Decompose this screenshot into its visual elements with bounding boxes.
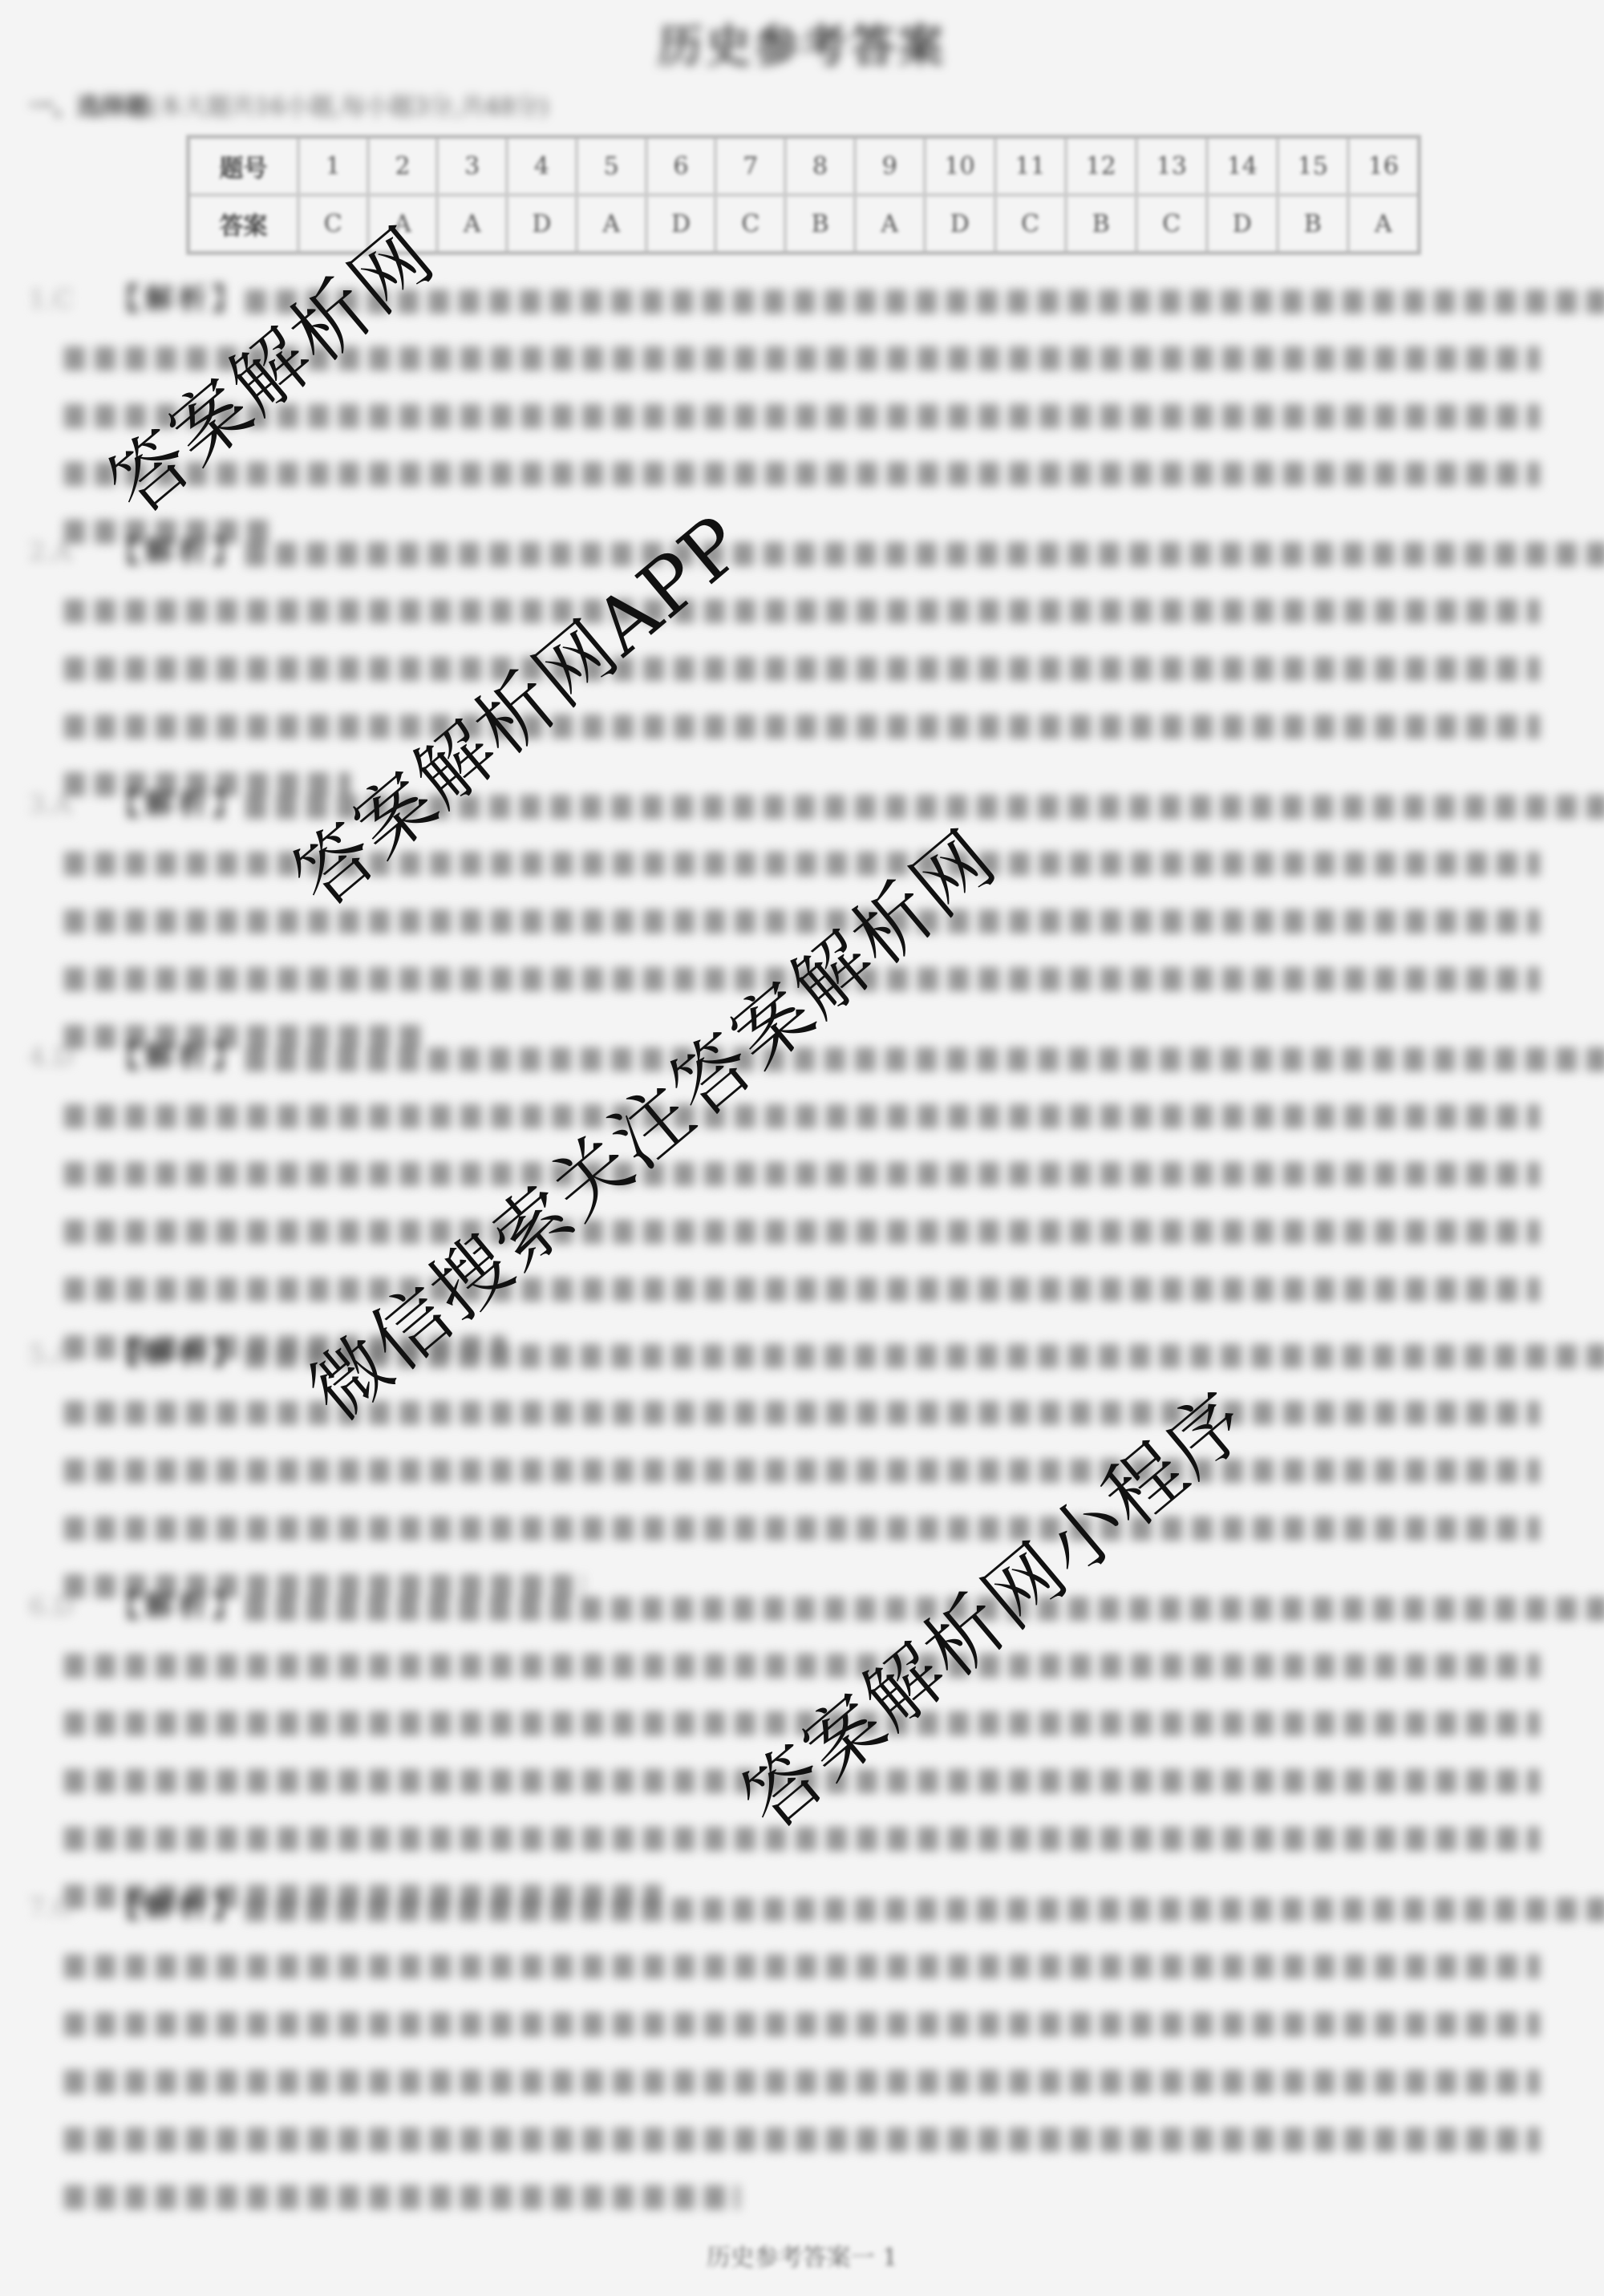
analysis-tag: 【解析】: [111, 1337, 245, 1371]
explanation-line: 【解析】: [111, 533, 1604, 570]
analysis-tag: 【解析】: [111, 788, 245, 821]
explanation-line: 【解析】: [111, 1588, 1604, 1625]
analysis-tag: 【解析】: [111, 282, 245, 316]
explanation-line: [64, 649, 1540, 686]
explanation-line: [64, 591, 1540, 628]
explanation-line: [64, 1096, 1540, 1133]
explanation-line: [64, 1508, 1540, 1545]
explanation-line: 【解析】: [111, 1039, 1604, 1075]
explanation-line: [64, 1451, 1540, 1488]
question-number: 5.A: [29, 1335, 72, 1372]
explanation-line: [64, 1269, 1540, 1306]
question-number: 7.C: [29, 1889, 73, 1925]
analysis-tag: 【解析】: [111, 1589, 245, 1623]
question-number: 3.A: [29, 786, 72, 823]
document-page: 历史参考答案 一、选择题(本大题共16小题,每小题3分,共48分) 题号 1 2…: [0, 0, 1604, 2296]
explanation-line: [64, 454, 1540, 491]
explanation-line: [64, 1154, 1540, 1191]
analysis-tag: 【解析】: [111, 1040, 245, 1074]
explanation-line: 【解析】: [111, 1889, 1604, 1925]
explanation-line: [64, 1393, 1540, 1430]
explanation-line: [64, 707, 1540, 743]
explanation-line: [64, 1946, 1540, 1983]
explanation-line: [64, 2062, 1540, 2099]
question-number: 1.C: [29, 281, 73, 318]
explanation-line: [64, 2004, 1540, 2041]
question-number: 6.D: [29, 1588, 74, 1625]
question-number: 4.D: [29, 1039, 74, 1075]
explanation-line: [64, 1646, 1540, 1683]
question-number: 2.A: [29, 533, 72, 570]
analysis-tag: 【解析】: [111, 535, 245, 569]
explanation-line: [64, 2177, 739, 2214]
explanation-line: [64, 2120, 1540, 2156]
analysis-tag: 【解析】: [111, 1890, 245, 1924]
page-footer: 历史参考答案一 1: [0, 2237, 1604, 2273]
explanation-line: [64, 1212, 1540, 1249]
